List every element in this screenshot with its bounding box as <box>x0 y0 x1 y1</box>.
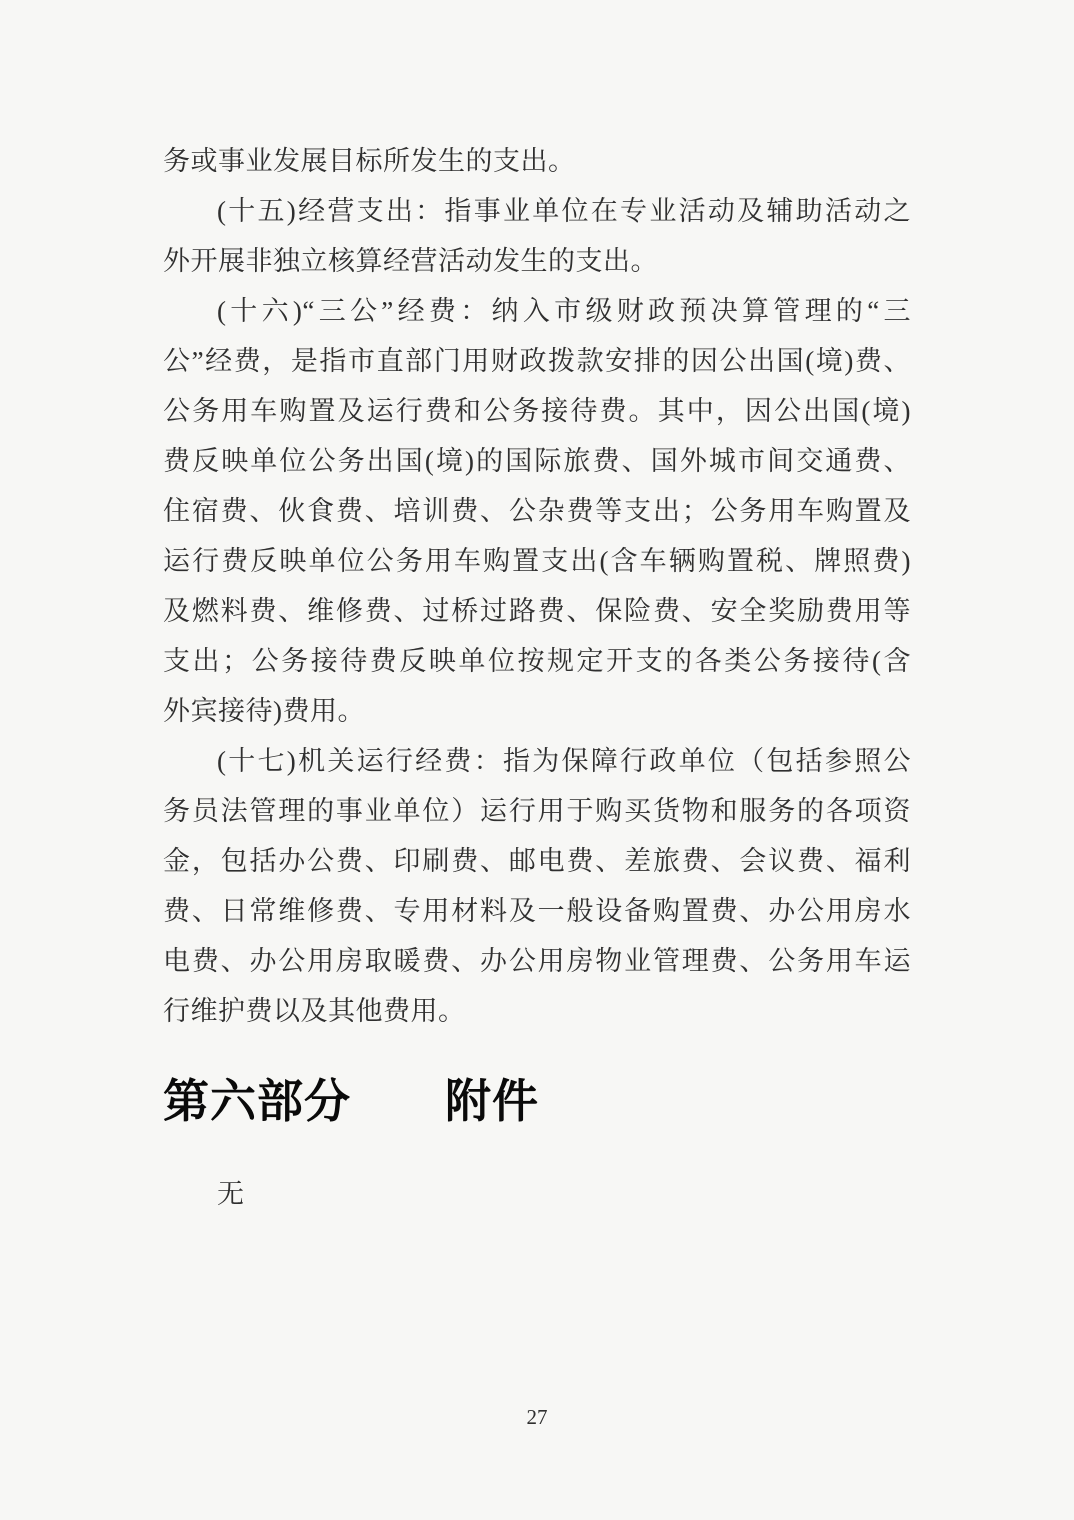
document-body: 务或事业发展目标所发生的支出。 (十五)经营支出：指事业单位在专业活动及辅助活动… <box>0 0 1074 1036</box>
body-line: 公”经费，是指市直部门用财政拨款安排的因公出国(境)费、 <box>163 336 911 386</box>
body-line: 支出；公务接待费反映单位按规定开支的各类公务接待(含 <box>163 636 911 686</box>
body-line: 外开展非独立核算经营活动发生的支出。 <box>163 236 911 286</box>
document-page: 务或事业发展目标所发生的支出。 (十五)经营支出：指事业单位在专业活动及辅助活动… <box>0 0 1074 1520</box>
body-line: 行维护费以及其他费用。 <box>163 986 911 1036</box>
body-line: 金，包括办公费、印刷费、邮电费、差旅费、会议费、福利 <box>163 836 911 886</box>
body-line: 公务用车购置及运行费和公务接待费。其中，因公出国(境) <box>163 386 911 436</box>
body-line: 费反映单位公务出国(境)的国际旅费、国外城市间交通费、 <box>163 436 911 486</box>
attachment-note: 无 <box>163 1169 911 1219</box>
body-line: 费、日常维修费、专用材料及一般设备购置费、办公用房水 <box>163 886 911 936</box>
body-line: 运行费反映单位公务用车购置支出(含车辆购置税、牌照费) <box>163 536 911 586</box>
body-line: (十五)经营支出：指事业单位在专业活动及辅助活动之 <box>163 186 911 236</box>
body-line: 住宿费、伙食费、培训费、公杂费等支出；公务用车购置及 <box>163 486 911 536</box>
body-line: 外宾接待)费用。 <box>163 686 911 736</box>
body-line: 及燃料费、维修费、过桥过路费、保险费、安全奖励费用等 <box>163 586 911 636</box>
page-number: 27 <box>0 1403 1074 1431</box>
body-line: (十六)“三公”经费：纳入市级财政预决算管理的“三 <box>163 286 911 336</box>
body-line: 电费、办公用房取暖费、办公用房物业管理费、公务用车运 <box>163 936 911 986</box>
section-heading: 第六部分 附件 <box>163 1070 911 1134</box>
body-line: (十七)机关运行经费：指为保障行政单位（包括参照公 <box>163 736 911 786</box>
body-line: 务或事业发展目标所发生的支出。 <box>163 136 911 186</box>
body-line: 务员法管理的事业单位）运行用于购买货物和服务的各项资 <box>163 786 911 836</box>
